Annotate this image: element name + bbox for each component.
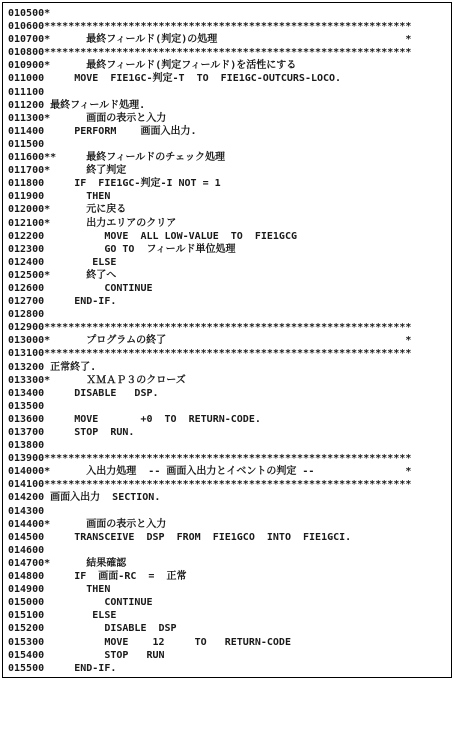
code-line: 014000* 入出力処理 -- 画面入出力とイベントの判定 --* <box>8 465 449 478</box>
code-listing-frame: 010500*010600***************************… <box>2 2 452 678</box>
code-line-text: 010600**********************************… <box>8 21 411 32</box>
code-line: 012800 <box>8 308 449 321</box>
code-line: 014900 THEN <box>8 583 449 596</box>
code-line-text: 011800 IF FIE1GC-判定-I NOT = 1 <box>8 178 221 189</box>
code-line: 011900 THEN <box>8 190 449 203</box>
code-line: 012500* 終了へ <box>8 269 449 282</box>
code-line-text: 014500 TRANSCEIVE DSP FROM FIE1GCO INTO … <box>8 532 351 543</box>
box-comment-right-star: * <box>405 465 411 478</box>
code-line: 013500 <box>8 400 449 413</box>
code-line: 010700* 最終フィールド(判定)の処理* <box>8 33 449 46</box>
code-line-text: 015200 DISABLE DSP <box>8 623 177 634</box>
code-line-text: 015300 MOVE 12 TO RETURN-CODE <box>8 637 291 648</box>
code-line: 011200 最終フィールド処理. <box>8 99 449 112</box>
code-line-text: 012700 END-IF. <box>8 296 116 307</box>
code-line: 015200 DISABLE DSP <box>8 622 449 635</box>
code-line-text: 011700* 終了判定 <box>8 165 126 176</box>
code-line-text: 015500 END-IF. <box>8 663 116 674</box>
code-line: 015100 ELSE <box>8 609 449 622</box>
code-line-text: 012200 MOVE ALL LOW-VALUE TO FIE1GCG <box>8 231 297 242</box>
code-line-text: 012800 <box>8 309 44 320</box>
code-line: 011500 <box>8 138 449 151</box>
code-line-text: 014600 <box>8 545 44 556</box>
code-line: 014100**********************************… <box>8 478 449 491</box>
code-line-text: 014900 THEN <box>8 584 110 595</box>
code-line: 013200 正常終了. <box>8 361 449 374</box>
code-line-text: 010500* <box>8 8 50 19</box>
code-line-text: 011100 <box>8 87 44 98</box>
code-line: 013400 DISABLE DSP. <box>8 387 449 400</box>
code-line: 012900**********************************… <box>8 321 449 334</box>
code-line-text: 013800 <box>8 440 44 451</box>
code-line: 011000 MOVE FIE1GC-判定-T TO FIE1GC-OUTCUR… <box>8 72 449 85</box>
code-line: 015000 CONTINUE <box>8 596 449 609</box>
code-line-text: 012300 GO TO フィールド単位処理 <box>8 244 235 255</box>
code-line-text: 012500* 終了へ <box>8 270 116 281</box>
code-line-text: 011900 THEN <box>8 191 110 202</box>
cobol-code-listing: 010500*010600***************************… <box>8 7 449 675</box>
code-line-text: 012100* 出力エリアのクリア <box>8 218 176 229</box>
code-line: 014700* 結果確認 <box>8 557 449 570</box>
code-line: 014400* 画面の表示と入力 <box>8 518 449 531</box>
code-line-text: 013000* プログラムの終了 <box>8 335 166 346</box>
code-line: 013600 MOVE +0 TO RETURN-CODE. <box>8 413 449 426</box>
code-line: 012700 END-IF. <box>8 295 449 308</box>
code-line-text: 012900**********************************… <box>8 322 411 333</box>
code-line: 012400 ELSE <box>8 256 449 269</box>
code-line: 013900**********************************… <box>8 452 449 465</box>
code-line: 014300 <box>8 505 449 518</box>
code-line-text: 012000* 元に戻る <box>8 204 126 215</box>
code-line: 012200 MOVE ALL LOW-VALUE TO FIE1GCG <box>8 230 449 243</box>
code-line-text: 014700* 結果確認 <box>8 558 126 569</box>
code-line: 010900* 最終フィールド(判定フィールド)を活性にする <box>8 59 449 72</box>
code-line: 013800 <box>8 439 449 452</box>
code-line: 014200 画面入出力 SECTION. <box>8 491 449 504</box>
code-line-text: 014200 画面入出力 SECTION. <box>8 492 160 503</box>
code-line-text: 011000 MOVE FIE1GC-判定-T TO FIE1GC-OUTCUR… <box>8 73 341 84</box>
code-line: 012600 CONTINUE <box>8 282 449 295</box>
code-line: 011100 <box>8 86 449 99</box>
code-line-text: 015000 CONTINUE <box>8 597 153 608</box>
code-line-text: 013300* ＸＭＡＰ３のクローズ <box>8 375 186 386</box>
code-line-text: 011600** 最終フィールドのチェック処理 <box>8 152 225 163</box>
code-line-text: 012600 CONTINUE <box>8 283 153 294</box>
code-line-text: 015100 ELSE <box>8 610 116 621</box>
code-line: 011600** 最終フィールドのチェック処理 <box>8 151 449 164</box>
code-line: 015500 END-IF. <box>8 662 449 675</box>
code-line-text: 014100**********************************… <box>8 479 411 490</box>
code-line-text: 013400 DISABLE DSP. <box>8 388 159 399</box>
code-line-text: 013600 MOVE +0 TO RETURN-CODE. <box>8 414 261 425</box>
code-line: 012000* 元に戻る <box>8 203 449 216</box>
code-line-text: 015400 STOP RUN <box>8 650 165 661</box>
code-line-text: 014800 IF 画面-RC = 正常 <box>8 571 186 582</box>
code-line: 015300 MOVE 12 TO RETURN-CODE <box>8 636 449 649</box>
code-line-text: 011200 最終フィールド処理. <box>8 100 145 111</box>
box-comment-right-star: * <box>405 33 411 46</box>
code-line-text: 011500 <box>8 139 44 150</box>
code-line: 010500* <box>8 7 449 20</box>
code-line: 013700 STOP RUN. <box>8 426 449 439</box>
code-line: 011400 PERFORM 画面入出力. <box>8 125 449 138</box>
code-line: 011700* 終了判定 <box>8 164 449 177</box>
code-line: 015400 STOP RUN <box>8 649 449 662</box>
code-line: 010600**********************************… <box>8 20 449 33</box>
code-line: 010800**********************************… <box>8 46 449 59</box>
code-line: 014600 <box>8 544 449 557</box>
code-line: 014500 TRANSCEIVE DSP FROM FIE1GCO INTO … <box>8 531 449 544</box>
code-line: 012100* 出力エリアのクリア <box>8 217 449 230</box>
code-line: 011300* 画面の表示と入力 <box>8 112 449 125</box>
code-line-text: 012400 ELSE <box>8 257 116 268</box>
box-comment-right-star: * <box>405 334 411 347</box>
code-line-text: 010800**********************************… <box>8 47 411 58</box>
code-line: 012300 GO TO フィールド単位処理 <box>8 243 449 256</box>
code-line: 014800 IF 画面-RC = 正常 <box>8 570 449 583</box>
code-line: 013100**********************************… <box>8 347 449 360</box>
code-line-text: 014000* 入出力処理 -- 画面入出力とイベントの判定 -- <box>8 466 314 477</box>
code-line-text: 013200 正常終了. <box>8 362 96 373</box>
code-line: 013300* ＸＭＡＰ３のクローズ <box>8 374 449 387</box>
code-line: 013000* プログラムの終了* <box>8 334 449 347</box>
code-line-text: 010700* 最終フィールド(判定)の処理 <box>8 34 217 45</box>
code-line-text: 011300* 画面の表示と入力 <box>8 113 166 124</box>
code-line-text: 014300 <box>8 506 44 517</box>
code-line-text: 011400 PERFORM 画面入出力. <box>8 126 196 137</box>
code-line-text: 013700 STOP RUN. <box>8 427 134 438</box>
code-line-text: 010900* 最終フィールド(判定フィールド)を活性にする <box>8 60 296 71</box>
code-line-text: 013100**********************************… <box>8 348 411 359</box>
code-line-text: 013900**********************************… <box>8 453 411 464</box>
code-line-text: 013500 <box>8 401 44 412</box>
code-line: 011800 IF FIE1GC-判定-I NOT = 1 <box>8 177 449 190</box>
code-line-text: 014400* 画面の表示と入力 <box>8 519 166 530</box>
